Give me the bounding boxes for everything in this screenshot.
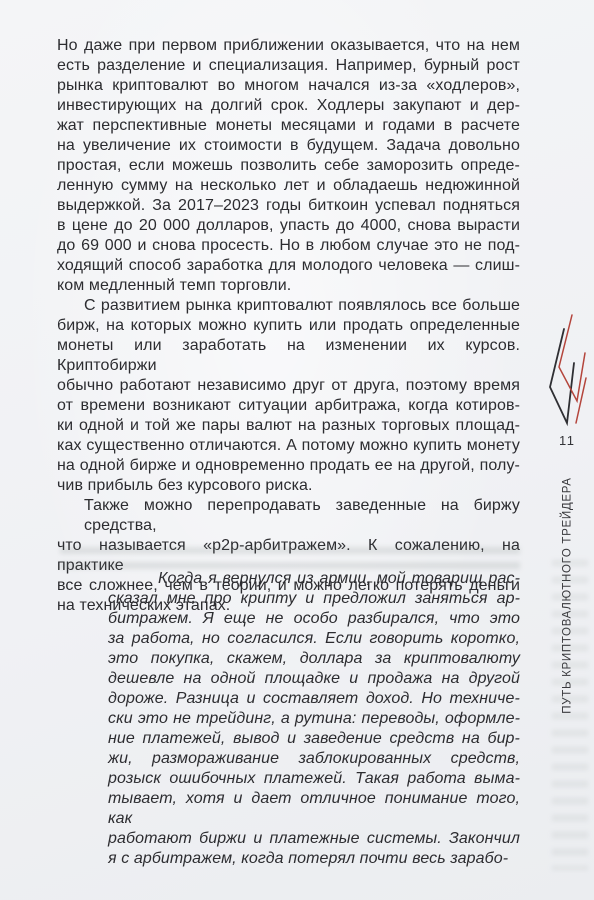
text-line: Но даже при первом приближении оказывает… (57, 36, 520, 56)
body-text: Но даже при первом приближении оказывает… (57, 36, 520, 616)
paragraph: Но даже при первом приближении оказывает… (57, 36, 520, 296)
text-line: дороже. Разница и составляет доход. Но т… (108, 689, 520, 709)
text-line: розыск ошибочных платежей. Такая работа … (108, 769, 520, 789)
book-page: Но даже при первом приближении оказывает… (0, 0, 594, 900)
text-line: ки одной и той же пары валют на разных т… (57, 416, 520, 436)
text-line: С развитием рынка криптовалют появлялось… (57, 296, 520, 316)
text-line: бирж, на которых можно купить или продат… (57, 316, 520, 336)
text-line: Когда я вернулся из армии, мой товарищ р… (108, 569, 520, 589)
text-line: выдержкой. За 2017–2023 годы биткоин усп… (57, 196, 520, 216)
text-line: монеты или заработать на изменении их ку… (57, 336, 520, 376)
text-line: ние платежей, вывод и заведение средств … (108, 729, 520, 749)
text-line: за работа, но согласился. Если говорить … (108, 629, 520, 649)
text-line: ком медленный темп торговли. (57, 276, 520, 296)
text-line: ходящий способ заработка для молодого че… (57, 256, 520, 276)
quote-text: Когда я вернулся из армии, мой товарищ р… (108, 569, 520, 869)
text-line: тывает, хотя и дает отличное понимание т… (108, 789, 520, 829)
text-line: жи, размораживание заблокированных средс… (108, 749, 520, 769)
text-line: сказал мне про крипту и предложил занять… (108, 589, 520, 609)
text-line: обычно работают независимо друг от друга… (57, 376, 520, 396)
text-line: это покупка, скажем, доллара за криптова… (108, 649, 520, 669)
text-line: битражем. Я еще не особо разбирался, что… (108, 609, 520, 629)
text-line: в цене до 20 000 долларов, упасть до 400… (57, 216, 520, 236)
text-line: дешевле на одной площадке и продажа на д… (108, 669, 520, 689)
text-line: жат перспективные монеты месяцами и года… (57, 116, 520, 136)
text-line: чив прибыль без курсового риска. (57, 476, 520, 496)
text-line: простая, если можешь позволить себе замо… (57, 156, 520, 176)
text-line: есть разделение и специализация. Наприме… (57, 56, 520, 76)
text-line: рынка криптовалют во многом начался из-з… (57, 76, 520, 96)
text-line: от времени возникают ситуации арбитража,… (57, 396, 520, 416)
text-line: ски это не трейдинг, а рутина: переводы,… (108, 709, 520, 729)
text-line: ках существенно отличаются. А потому мож… (57, 436, 520, 456)
page-showthrough-column (552, 560, 588, 870)
text-line: я с арбитражем, когда потерял почти весь… (108, 849, 520, 869)
text-line: работают биржи и платежные системы. Зако… (108, 829, 520, 849)
text-line: на одной бирже и одновременно продать ее… (57, 456, 520, 476)
text-line: ленную сумму на несколько лет и обладаеш… (57, 176, 520, 196)
page-number: 11 (559, 433, 576, 448)
zigzag-logo (543, 303, 593, 428)
paragraph: С развитием рынка криптовалют появлялось… (57, 296, 520, 496)
text-line: Также можно перепродавать заведенные на … (57, 496, 520, 536)
text-line: на увеличение их стоимости в будущем. За… (57, 136, 520, 156)
text-line: до 69 000 и снова просесть. Но в любом с… (57, 236, 520, 256)
text-line: инвестирующих на долгий срок. Ходлеры за… (57, 96, 520, 116)
